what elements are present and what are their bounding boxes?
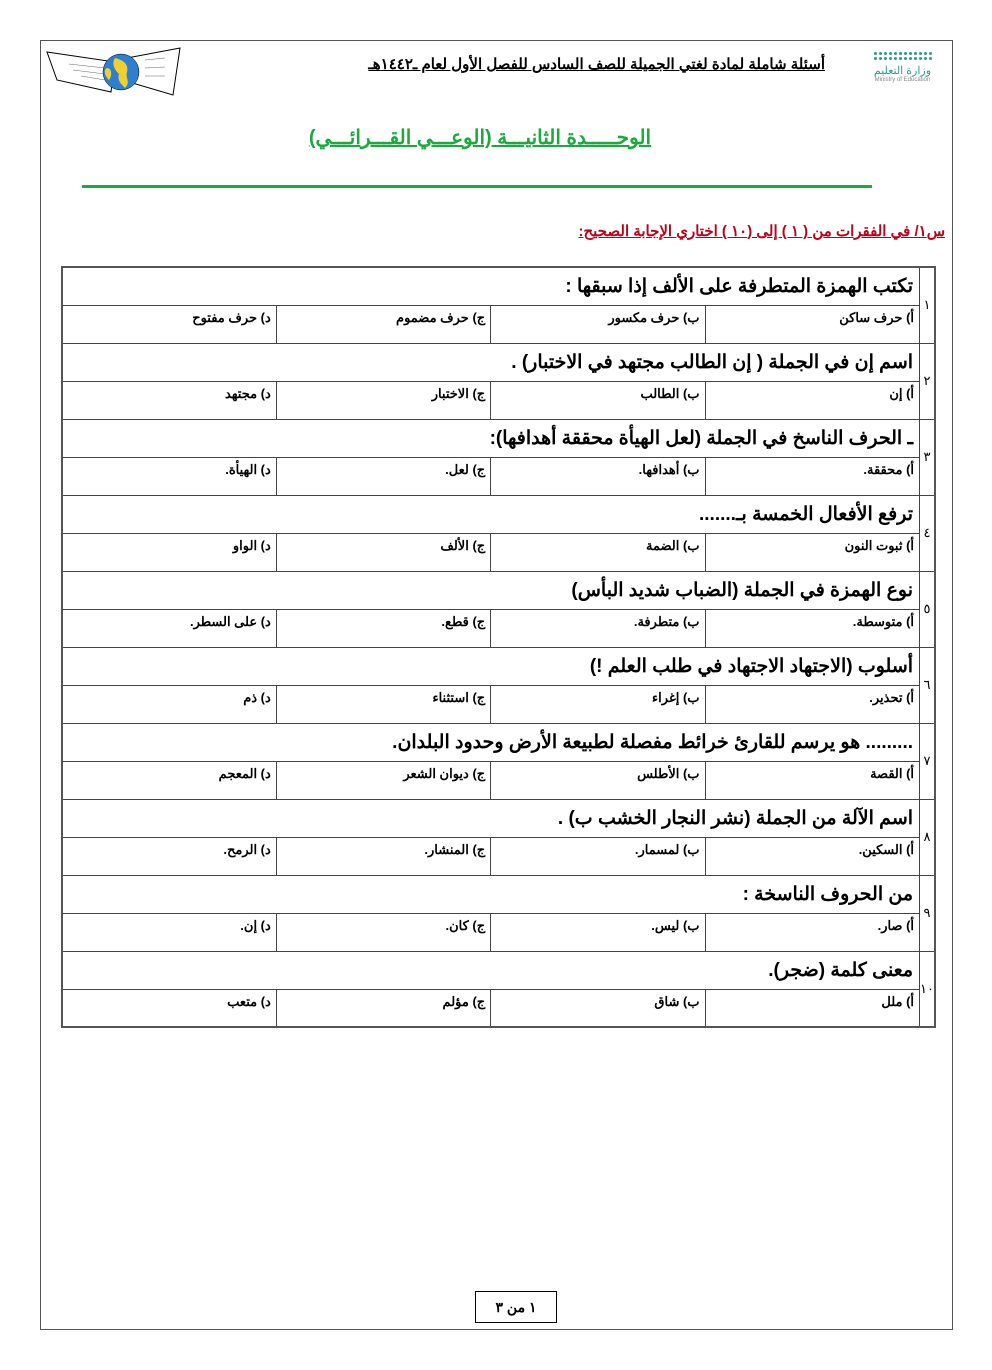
- answer-option[interactable]: ج) الألف: [276, 533, 490, 571]
- answer-option[interactable]: أ) تحذير.: [705, 685, 919, 723]
- answer-option[interactable]: د) حرف مفتوح: [62, 305, 276, 343]
- question-number: ٩: [920, 875, 935, 951]
- question-stem: ......... هو يرسم للقارئ خرائط مفصلة لطب…: [62, 723, 920, 761]
- answer-option[interactable]: د) الرمح.: [62, 837, 276, 875]
- question-stem: اسم الآلة من الجملة (نشر النجار الخشب ب)…: [62, 799, 920, 837]
- question-options-row: أ) ثبوت النونب) الضمةج) الألفد) الواو: [62, 533, 935, 571]
- question-number: ٤: [920, 495, 935, 571]
- question-options-row: أ) صار.ب) ليس.ج) كان.د) إن.: [62, 913, 935, 951]
- ministry-of-education-logo: وزارة التعليم Ministry of Education: [860, 52, 945, 102]
- question-options-row: أ) حرف ساكنب) حرف مكسورج) حرف مضمومد) حر…: [62, 305, 935, 343]
- answer-option[interactable]: د) إن.: [62, 913, 276, 951]
- answer-option[interactable]: ج) المنشار.: [276, 837, 490, 875]
- answer-option[interactable]: ب) أهدافها.: [491, 457, 705, 495]
- answer-option[interactable]: أ) ملل: [705, 989, 919, 1027]
- question-number: ٦: [920, 647, 935, 723]
- answer-option[interactable]: أ) محققة.: [705, 457, 919, 495]
- question-options-row: أ) إنب) الطالبج) الاختبارد) مجتهد: [62, 381, 935, 419]
- school-logo: [45, 40, 185, 100]
- question-stem: أسلوب (الاجتهاد الاجتهاد في طلب العلم !): [62, 647, 920, 685]
- answer-option[interactable]: أ) متوسطة.: [705, 609, 919, 647]
- answer-option[interactable]: د) المعجم: [62, 761, 276, 799]
- question-options-row: أ) القصةب) الأطلسج) ديوان الشعرد) المعجم: [62, 761, 935, 799]
- answer-option[interactable]: ب) الأطلس: [491, 761, 705, 799]
- answer-option[interactable]: ب) إغراء: [491, 685, 705, 723]
- answer-option[interactable]: أ) القصة: [705, 761, 919, 799]
- question-stem: ترفع الأفعال الخمسة بـ.......: [62, 495, 920, 533]
- page-number: ١ من ٣: [475, 1291, 557, 1323]
- answer-option[interactable]: ج) كان.: [276, 913, 490, 951]
- question-stem-row: ٢اسم إن في الجملة ( إن الطالب مجتهد في ا…: [62, 343, 935, 381]
- document-title: أسئلة شاملة لمادة لغتي الجميلة للصف السا…: [265, 55, 825, 73]
- question-options-row: أ) تحذير.ب) إغراءج) استثناءد) ذم: [62, 685, 935, 723]
- question-options-row: أ) السكين.ب) لمسمار.ج) المنشار.د) الرمح.: [62, 837, 935, 875]
- mcq-table: ١تكتب الهمزة المتطرفة على الألف إذا سبقه…: [61, 266, 936, 1028]
- question-stem-row: ٤ترفع الأفعال الخمسة بـ.......: [62, 495, 935, 533]
- question-stem-row: ٩من الحروف الناسخة :: [62, 875, 935, 913]
- question-stem-row: ٣ـ الحرف الناسخ في الجملة (لعل الهيأة مح…: [62, 419, 935, 457]
- question-options-row: أ) مللب) شاقج) مؤلمد) متعب: [62, 989, 935, 1027]
- question-number: ٧: [920, 723, 935, 799]
- answer-option[interactable]: ب) لمسمار.: [491, 837, 705, 875]
- green-divider: [82, 185, 872, 188]
- question-number: ٨: [920, 799, 935, 875]
- answer-option[interactable]: ج) حرف مضموم: [276, 305, 490, 343]
- question-stem: ـ الحرف الناسخ في الجملة (لعل الهيأة محق…: [62, 419, 920, 457]
- question-stem: اسم إن في الجملة ( إن الطالب مجتهد في ال…: [62, 343, 920, 381]
- ministry-name-ar: وزارة التعليم: [860, 64, 945, 77]
- question-stem-row: ٧......... هو يرسم للقارئ خرائط مفصلة لط…: [62, 723, 935, 761]
- answer-option[interactable]: ب) حرف مكسور: [491, 305, 705, 343]
- answer-option[interactable]: أ) إن: [705, 381, 919, 419]
- question-number: ٥: [920, 571, 935, 647]
- globe-banner-icon: [45, 40, 185, 100]
- question-number: ١: [920, 267, 935, 343]
- answer-option[interactable]: د) متعب: [62, 989, 276, 1027]
- answer-option[interactable]: أ) ثبوت النون: [705, 533, 919, 571]
- answer-option[interactable]: ج) ديوان الشعر: [276, 761, 490, 799]
- answer-option[interactable]: د) مجتهد: [62, 381, 276, 419]
- question-stem: معنى كلمة (ضجر).: [62, 951, 920, 989]
- answer-option[interactable]: أ) صار.: [705, 913, 919, 951]
- answer-option[interactable]: د) ذم: [62, 685, 276, 723]
- answer-option[interactable]: ج) لعل.: [276, 457, 490, 495]
- question-stem-row: ٥نوع الهمزة في الجملة (الضباب شديد البأس…: [62, 571, 935, 609]
- answer-option[interactable]: ج) قطع.: [276, 609, 490, 647]
- question-stem: نوع الهمزة في الجملة (الضباب شديد البأس): [62, 571, 920, 609]
- answer-option[interactable]: أ) حرف ساكن: [705, 305, 919, 343]
- answer-option[interactable]: د) على السطر.: [62, 609, 276, 647]
- ministry-dots-icon: [873, 52, 933, 60]
- answer-option[interactable]: ب) شاق: [491, 989, 705, 1027]
- question-number: ٣: [920, 419, 935, 495]
- question-number: ١٠: [920, 951, 935, 1027]
- question-stem-row: ١٠معنى كلمة (ضجر).: [62, 951, 935, 989]
- answer-option[interactable]: ب) الطالب: [491, 381, 705, 419]
- answer-option[interactable]: د) الواو: [62, 533, 276, 571]
- question-heading: س١/ في الفقرات من ( ١ ) إلى (١٠ ) اختاري…: [445, 222, 945, 240]
- answer-option[interactable]: ج) استثناء: [276, 685, 490, 723]
- question-options-row: أ) محققة.ب) أهدافها.ج) لعل.د) الهيأة.: [62, 457, 935, 495]
- answer-option[interactable]: ب) الضمة: [491, 533, 705, 571]
- question-stem-row: ٦أسلوب (الاجتهاد الاجتهاد في طلب العلم !…: [62, 647, 935, 685]
- unit-title: الوحـــــدة الثانيـــة (الوعـــي القـــر…: [290, 125, 670, 150]
- answer-option[interactable]: د) الهيأة.: [62, 457, 276, 495]
- answer-option[interactable]: أ) السكين.: [705, 837, 919, 875]
- question-number: ٢: [920, 343, 935, 419]
- question-stem: تكتب الهمزة المتطرفة على الألف إذا سبقها…: [62, 267, 920, 305]
- ministry-name-en: Ministry of Education: [860, 77, 945, 83]
- question-options-row: أ) متوسطة.ب) متطرفة.ج) قطع.د) على السطر.: [62, 609, 935, 647]
- answer-option[interactable]: ج) الاختبار: [276, 381, 490, 419]
- answer-option[interactable]: ج) مؤلم: [276, 989, 490, 1027]
- question-stem-row: ١تكتب الهمزة المتطرفة على الألف إذا سبقه…: [62, 267, 935, 305]
- answer-option[interactable]: ب) متطرفة.: [491, 609, 705, 647]
- question-stem: من الحروف الناسخة :: [62, 875, 920, 913]
- answer-option[interactable]: ب) ليس.: [491, 913, 705, 951]
- question-stem-row: ٨اسم الآلة من الجملة (نشر النجار الخشب ب…: [62, 799, 935, 837]
